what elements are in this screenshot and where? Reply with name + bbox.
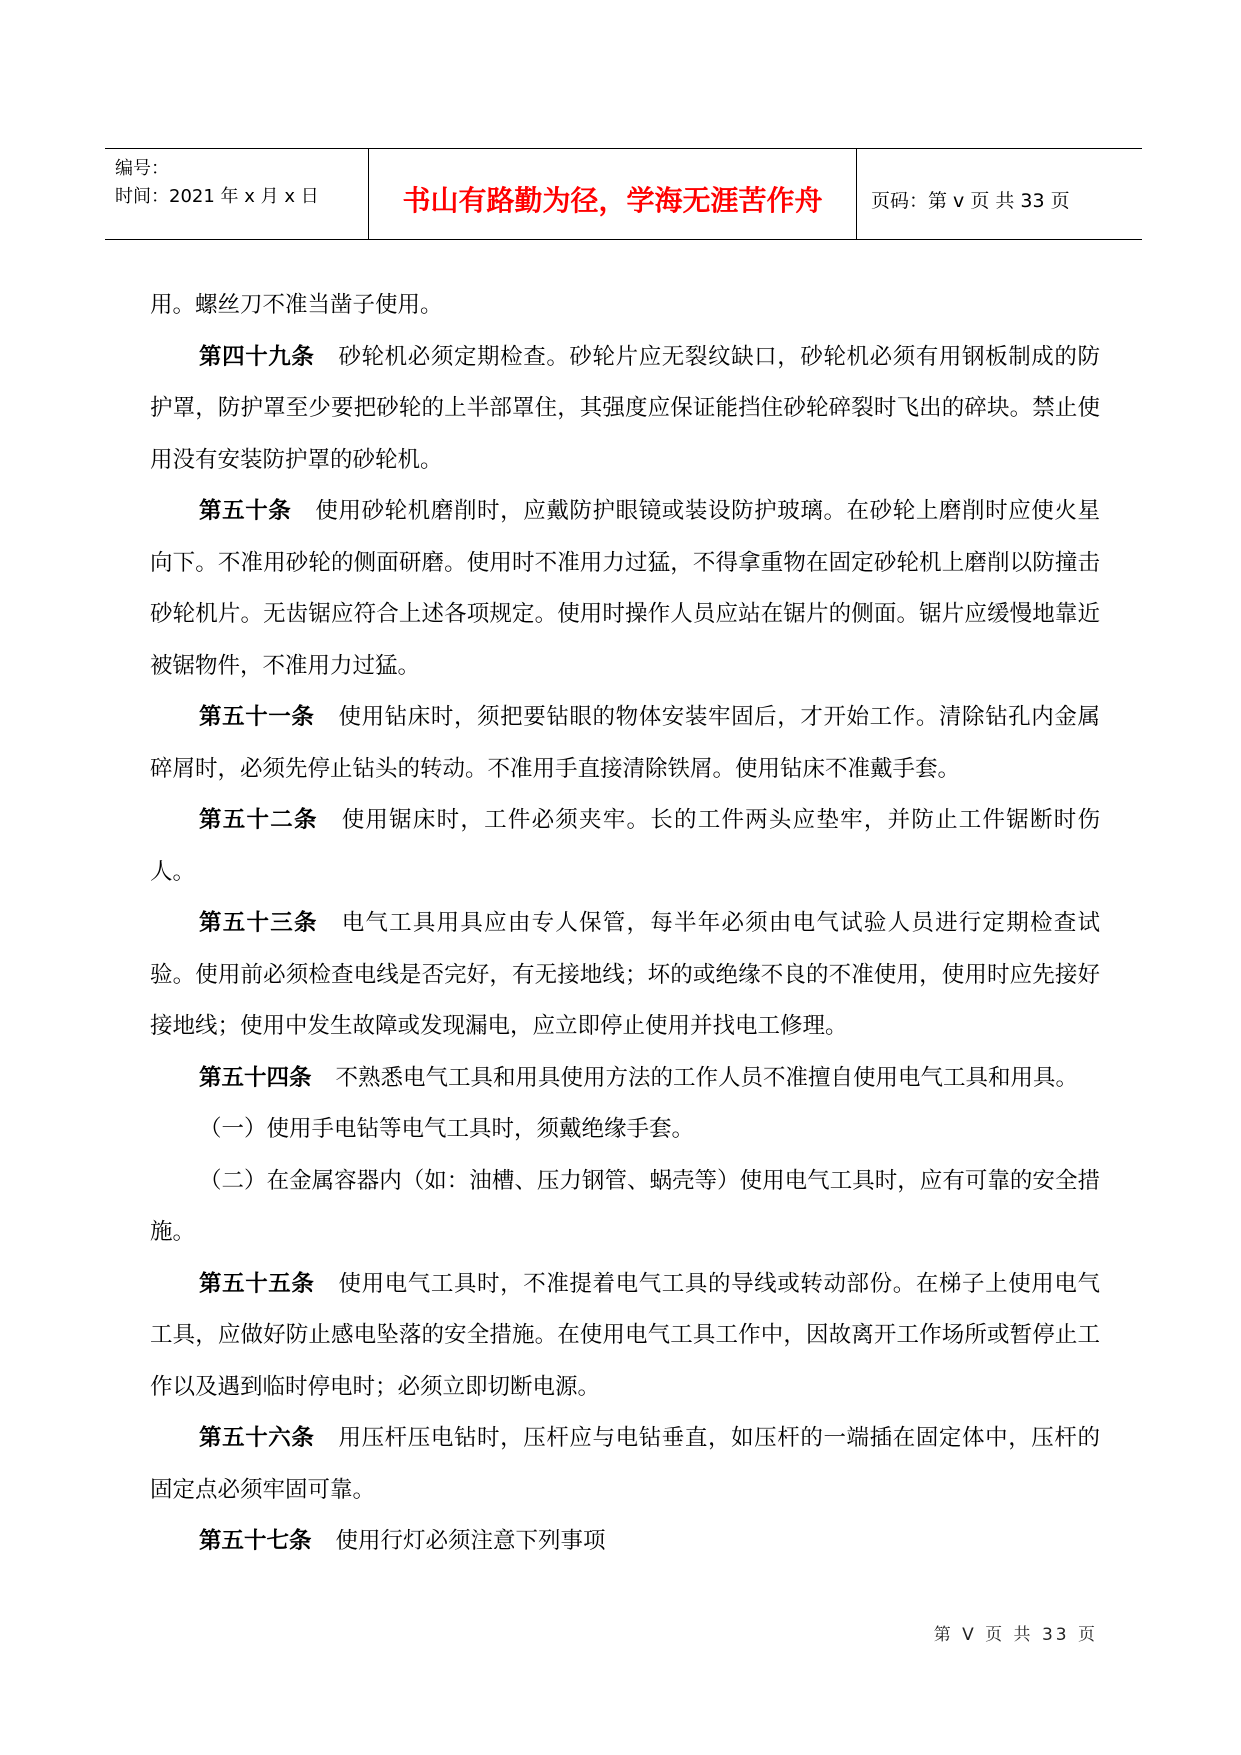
article-number: 第五十五条 [199,1271,314,1297]
header-motto-cell: 书山有路勤为径，学海无涯苦作舟 [369,149,857,239]
article-paragraph: 第五十一条使用钻床时，须把要钻眼的物体安装牢固后，才开始工作。清除钻孔内金属碎屑… [150,692,1100,795]
article-paragraph: 第四十九条砂轮机必须定期检查。砂轮片应无裂纹缺口，砂轮机必须有用钢板制成的防护罩… [150,332,1100,487]
article-paragraph: 第五十四条不熟悉电气工具和用具使用方法的工作人员不准擅自使用电气工具和用具。 [150,1053,1100,1105]
article-text: 不熟悉电气工具和用具使用方法的工作人员不准擅自使用电气工具和用具。 [336,1065,1079,1091]
paragraph-text: 用。螺丝刀不准当凿子使用。 [150,292,443,318]
article-paragraph: 第五十七条使用行灯必须注意下列事项 [150,1516,1100,1568]
motto-text: 书山有路勤为径，学海无涯苦作舟 [402,179,822,219]
header-page-cell: 页码：第 v 页 共 33 页 [857,149,1142,239]
sub-item-text: （二）在金属容器内（如：油槽、压力钢管、蜗壳等）使用电气工具时，应有可靠的安全措… [150,1168,1100,1246]
date-label: 时间：2021 年 x 月 x 日 [115,183,368,211]
document-header: 编号： 时间：2021 年 x 月 x 日 书山有路勤为径，学海无涯苦作舟 页码… [105,148,1142,240]
article-paragraph: 第五十六条用压杆压电钻时，压杆应与电钻垂直，如压杆的一端插在固定体中，压杆的固定… [150,1413,1100,1516]
article-number: 第五十六条 [199,1425,314,1451]
article-number: 第五十七条 [199,1528,312,1554]
article-text: 使用行灯必须注意下列事项 [336,1528,606,1554]
article-number: 第五十一条 [199,704,314,730]
article-paragraph: 第五十三条电气工具用具应由专人保管，每半年必须由电气试验人员进行定期检查试验。使… [150,898,1100,1053]
page-footer: 第 V 页 共 33 页 [934,1620,1098,1645]
sub-item-paragraph: （一）使用手电钻等电气工具时，须戴绝缘手套。 [150,1104,1100,1156]
serial-number-label: 编号： [115,155,368,183]
document-body: 用。螺丝刀不准当凿子使用。 第四十九条砂轮机必须定期检查。砂轮片应无裂纹缺口，砂… [150,280,1100,1568]
article-paragraph: 第五十五条使用电气工具时，不准提着电气工具的导线或转动部份。在梯子上使用电气工具… [150,1259,1100,1414]
article-paragraph: 第五十条使用砂轮机磨削时，应戴防护眼镜或装设防护玻璃。在砂轮上磨削时应使火星向下… [150,486,1100,692]
article-number: 第五十四条 [199,1065,312,1091]
article-number: 第四十九条 [199,344,314,370]
sub-item-text: （一）使用手电钻等电气工具时，须戴绝缘手套。 [199,1116,694,1142]
header-meta-cell: 编号： 时间：2021 年 x 月 x 日 [105,149,369,239]
article-paragraph: 第五十二条使用锯床时，工件必须夹牢。长的工件两头应垫牢，并防止工件锯断时伤人。 [150,795,1100,898]
article-number: 第五十条 [199,498,291,524]
sub-item-paragraph: （二）在金属容器内（如：油槽、压力钢管、蜗壳等）使用电气工具时，应有可靠的安全措… [150,1156,1100,1259]
article-text: 使用砂轮机磨削时，应戴防护眼镜或装设防护玻璃。在砂轮上磨削时应使火星向下。不准用… [150,498,1100,679]
page-info: 页码：第 v 页 共 33 页 [871,186,1142,213]
article-number: 第五十三条 [199,910,318,936]
paragraph: 用。螺丝刀不准当凿子使用。 [150,280,1100,332]
article-number: 第五十二条 [199,807,318,833]
